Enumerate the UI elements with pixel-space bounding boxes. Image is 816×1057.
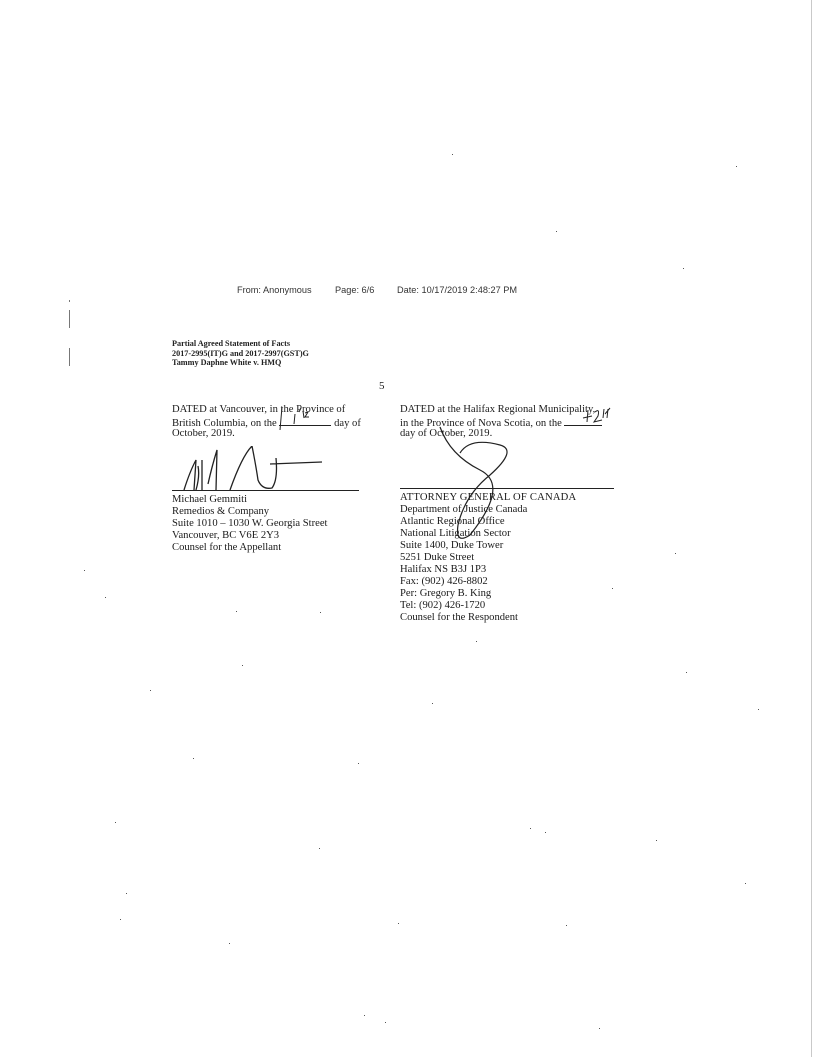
scan-speck [236,611,237,612]
scan-edge-line [811,0,812,1057]
respondent-title: ATTORNEY GENERAL OF CANADA [400,492,576,504]
appellant-signature [172,446,362,496]
scan-speck [126,893,127,894]
respondent-sector: National Litigation Sector [400,528,576,540]
respondent-dated-block: DATED at the Halifax Regional Municipali… [400,404,602,440]
fax-page: From: Anonymous Page: 6/6 Date: 10/17/20… [0,0,816,1057]
respondent-dated-line1: DATED at the Halifax Regional Municipali… [400,404,602,416]
scan-speck [530,828,531,829]
appellant-dated-line2-post: day of [334,418,361,429]
scan-speck [150,690,151,691]
respondent-day-blank [564,416,602,426]
scan-speck [545,832,546,833]
appellant-day-blank [279,416,331,426]
appellant-dated-line1: DATED at Vancouver, in the Province of [172,404,361,416]
appellant-dated-block: DATED at Vancouver, in the Province of B… [172,404,361,440]
scan-speck [385,1022,386,1023]
appellant-signature-line [172,490,359,491]
scan-mark [69,300,70,302]
scan-speck [432,703,433,704]
scan-speck [656,840,657,841]
appellant-address2: Vancouver, BC V6E 2Y3 [172,530,327,542]
scan-speck [758,709,759,710]
appellant-signatory: Michael Gemmiti [172,494,327,506]
scan-speck [319,848,320,849]
scan-speck [242,665,243,666]
respondent-dept: Department of Justice Canada [400,504,576,516]
case-caption: Partial Agreed Statement of Facts 2017-2… [172,339,309,368]
respondent-signature-line [400,488,614,489]
respondent-fax: Fax: (902) 426-8802 [400,576,576,588]
scan-speck [84,570,85,571]
fax-from: From: Anonymous [237,285,312,295]
respondent-role: Counsel for the Respondent [400,612,576,624]
scan-speck [105,597,106,598]
appellant-firm: Remedios & Company [172,506,327,518]
appellant-role: Counsel for the Appellant [172,542,327,554]
fax-page: Page: 6/6 [335,285,374,295]
respondent-suite: Suite 1400, Duke Tower [400,540,576,552]
scan-speck [364,1015,365,1016]
appellant-dated-line2: British Columbia, on the day of [172,416,361,428]
respondent-office: Atlantic Regional Office [400,516,576,528]
scan-speck [612,588,613,589]
scan-speck [566,925,567,926]
scan-speck [452,154,453,155]
caption-file-numbers: 2017-2995(IT)G and 2017-2997(GST)G [172,349,309,359]
respondent-per: Per: Gregory B. King [400,588,576,600]
scan-speck [193,758,194,759]
appellant-signature-block: Michael Gemmiti Remedios & Company Suite… [172,494,327,554]
scan-speck [745,883,746,884]
page-number: 5 [379,380,385,392]
appellant-address1: Suite 1010 – 1030 W. Georgia Street [172,518,327,530]
scan-speck [599,1028,600,1029]
scan-speck [358,763,359,764]
scan-speck [736,166,737,167]
respondent-tel: Tel: (902) 426-1720 [400,600,576,612]
scan-speck [686,672,687,673]
respondent-city: Halifax NS B3J 1P3 [400,564,576,576]
scan-speck [675,553,676,554]
appellant-dated-line3: October, 2019. [172,428,361,440]
scan-mark [69,348,70,366]
scan-speck [229,943,230,944]
caption-title: Partial Agreed Statement of Facts [172,339,309,349]
scan-speck [320,612,321,613]
fax-date: Date: 10/17/2019 2:48:27 PM [397,285,517,295]
scan-speck [120,919,121,920]
scan-speck [115,822,116,823]
respondent-dated-line3: day of October, 2019. [400,428,602,440]
scan-mark [69,310,70,328]
respondent-signature-block: ATTORNEY GENERAL OF CANADA Department of… [400,492,576,624]
scan-speck [556,231,557,232]
respondent-dated-line2: in the Province of Nova Scotia, on the [400,416,602,428]
caption-style-of-cause: Tammy Daphne White v. HMQ [172,358,309,368]
scan-speck [683,268,684,269]
respondent-street: 5251 Duke Street [400,552,576,564]
scan-speck [398,923,399,924]
scan-speck [476,641,477,642]
